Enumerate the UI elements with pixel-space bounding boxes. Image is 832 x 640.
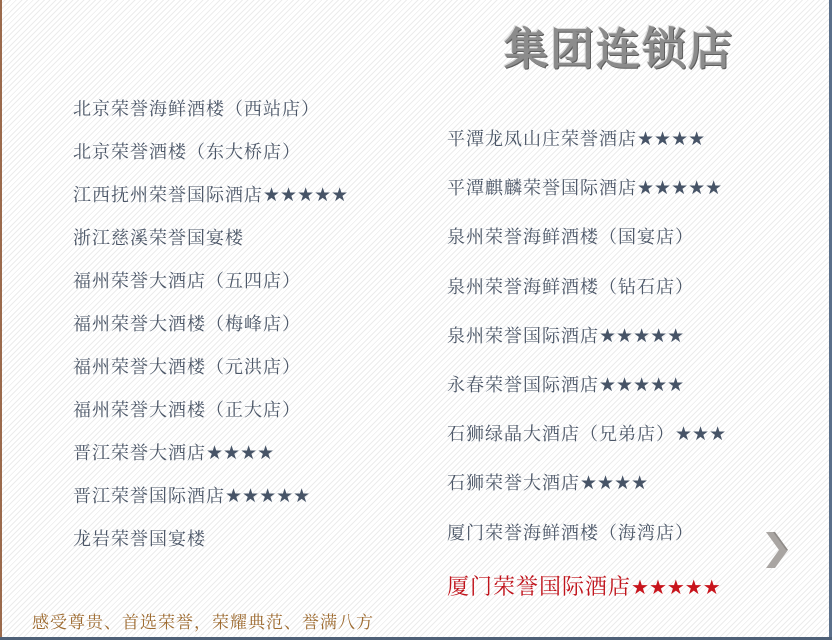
star-rating: ★★★★★ (225, 485, 310, 507)
star-rating: ★★★★★ (263, 184, 348, 206)
store-name: 龙岩荣誉国宴楼 (73, 529, 206, 550)
store-item[interactable]: 福州荣誉大酒楼（元洪店） (73, 356, 348, 399)
store-name: 泉州荣誉海鲜酒楼（钻石店） (447, 277, 694, 298)
store-item[interactable]: 平潭麒麟荣誉国际酒店★★★★★ (447, 177, 726, 226)
store-item[interactable]: 江西抚州荣誉国际酒店★★★★★ (73, 184, 348, 227)
page-title: 集团连锁店 (504, 28, 734, 72)
store-item[interactable]: 石狮荣誉大酒店★★★★ (447, 472, 726, 521)
star-rating: ★★★★ (637, 128, 705, 150)
store-item[interactable]: 平潭龙凤山庄荣誉酒店★★★★ (447, 128, 726, 177)
store-item[interactable]: 福州荣誉大酒楼（梅峰店） (73, 313, 348, 356)
store-item[interactable]: 厦门荣誉海鲜酒楼（海湾店） (447, 522, 726, 571)
store-name: 泉州荣誉国际酒店 (447, 326, 599, 347)
store-name: 厦门荣誉海鲜酒楼（海湾店） (447, 523, 694, 544)
store-name: 平潭麒麟荣誉国际酒店 (447, 178, 637, 199)
store-name: 江西抚州荣誉国际酒店 (73, 185, 263, 206)
store-name: 福州荣誉大酒楼（正大店） (73, 400, 301, 421)
store-item[interactable]: 晋江荣誉国际酒店★★★★★ (73, 485, 348, 528)
store-name: 福州荣誉大酒楼（梅峰店） (73, 314, 301, 335)
store-name: 北京荣誉酒楼（东大桥店） (73, 142, 301, 163)
store-item[interactable]: 晋江荣誉大酒店★★★★ (73, 442, 348, 485)
store-name: 泉州荣誉海鲜酒楼（国宴店） (447, 227, 694, 248)
store-name: 石狮绿晶大酒店（兄弟店） (447, 424, 675, 445)
store-item[interactable]: 北京荣誉海鲜酒楼（西站店） (73, 98, 348, 141)
store-name: 福州荣誉大酒楼（元洪店） (73, 357, 301, 378)
store-item[interactable]: 永春荣誉国际酒店★★★★★ (447, 374, 726, 423)
frame-border-left (0, 0, 2, 640)
star-rating: ★★★★★ (631, 575, 721, 599)
chevron-right-icon (762, 530, 790, 570)
slogan: 感受尊贵、首选荣誉，荣耀典范、誉满八方 (32, 608, 374, 633)
store-name: 石狮荣誉大酒店 (447, 473, 580, 494)
star-rating: ★★★★★ (599, 325, 684, 347)
store-name: 晋江荣誉大酒店 (73, 443, 206, 464)
featured-store-item[interactable]: 厦门荣誉国际酒店★★★★★ (447, 574, 721, 601)
store-name: 永春荣誉国际酒店 (447, 375, 599, 396)
star-rating: ★★★★★ (599, 374, 684, 396)
store-item[interactable]: 泉州荣誉海鲜酒楼（钻石店） (447, 276, 726, 325)
store-name: 北京荣誉海鲜酒楼（西站店） (73, 99, 320, 120)
store-name: 浙江慈溪荣誉国宴楼 (73, 228, 244, 249)
store-name: 福州荣誉大酒店（五四店） (73, 271, 301, 292)
store-item[interactable]: 龙岩荣誉国宴楼 (73, 528, 348, 571)
store-item[interactable]: 浙江慈溪荣誉国宴楼 (73, 227, 348, 270)
featured-store-name: 厦门荣誉国际酒店 (447, 575, 631, 600)
store-name: 平潭龙凤山庄荣誉酒店 (447, 129, 637, 150)
store-list-left: 北京荣誉海鲜酒楼（西站店） 北京荣誉酒楼（东大桥店） 江西抚州荣誉国际酒店★★★… (73, 98, 348, 571)
store-item[interactable]: 泉州荣誉海鲜酒楼（国宴店） (447, 226, 726, 275)
store-list-right: 平潭龙凤山庄荣誉酒店★★★★ 平潭麒麟荣誉国际酒店★★★★★ 泉州荣誉海鲜酒楼（… (447, 128, 726, 571)
star-rating: ★★★★ (206, 442, 274, 464)
store-item[interactable]: 福州荣誉大酒楼（正大店） (73, 399, 348, 442)
store-item[interactable]: 石狮绿晶大酒店（兄弟店）★★★ (447, 423, 726, 472)
store-item[interactable]: 福州荣誉大酒店（五四店） (73, 270, 348, 313)
star-rating: ★★★★ (580, 472, 648, 494)
star-rating: ★★★★★ (637, 177, 722, 199)
store-item[interactable]: 泉州荣誉国际酒店★★★★★ (447, 325, 726, 374)
store-item[interactable]: 北京荣誉酒楼（东大桥店） (73, 141, 348, 184)
store-name: 晋江荣誉国际酒店 (73, 486, 225, 507)
next-page-button[interactable] (762, 530, 790, 570)
star-rating: ★★★ (675, 423, 726, 445)
